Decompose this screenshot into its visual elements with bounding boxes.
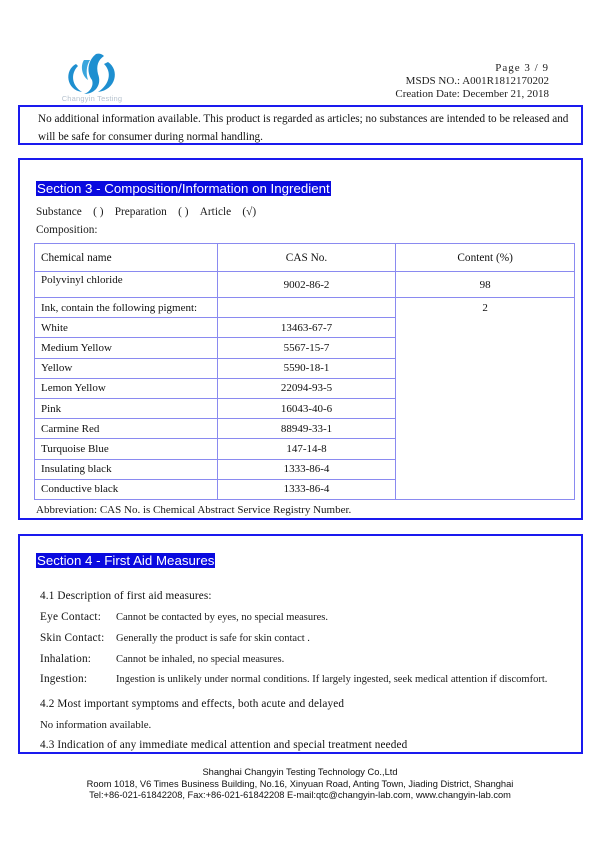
company-logo: Changyin Testing (56, 50, 128, 106)
header-content: Content (%) (396, 244, 575, 272)
cas-cell: 1333-86-4 (217, 459, 396, 479)
composition-label: Composition: (36, 224, 98, 236)
cas-cell: 1333-86-4 (217, 479, 396, 499)
additional-info-text: No additional information available. Thi… (38, 111, 573, 146)
chemical-name-cell: White (35, 318, 218, 338)
section3-box: Section 3 - Composition/Information on I… (18, 158, 583, 520)
creation-date: Creation Date: December 21, 2018 (395, 88, 549, 101)
table-row: Polyvinyl chloride 9002-86-2 98 (35, 272, 575, 298)
skin-contact-label: Skin Contact: (40, 632, 104, 644)
footer-address: Room 1018, V6 Times Business Building, N… (0, 779, 600, 791)
chemical-name-cell: Turquoise Blue (35, 439, 218, 459)
chemical-name-cell: Pink (35, 398, 218, 418)
cas-cell: 13463-67-7 (217, 318, 396, 338)
cas-cell: 147-14-8 (217, 439, 396, 459)
footer-company: Shanghai Changyin Testing Technology Co.… (0, 767, 600, 779)
chemical-name-cell: Ink, contain the following pigment: (35, 298, 218, 318)
section4-title: Section 4 - First Aid Measures (36, 553, 215, 568)
footer-contact: Tel:+86-021-61842208, Fax:+86-021-618422… (0, 790, 600, 802)
header-cas-no: CAS No. (217, 244, 396, 272)
cas-cell: 9002-86-2 (217, 272, 396, 298)
subsection-4-2-text: No information available. (40, 719, 151, 731)
inhalation-label: Inhalation: (40, 653, 91, 665)
chemical-name-cell: Lemon Yellow (35, 378, 218, 398)
inhalation-text: Cannot be inhaled, no special measures. (116, 654, 284, 665)
chemical-name-cell: Carmine Red (35, 419, 218, 439)
document-header-info: Page 3 / 9 MSDS NO.: A001R1812170202 Cre… (395, 62, 549, 101)
content-cell: 98 (396, 272, 575, 298)
section4-box: Section 4 - First Aid Measures 4.1 Descr… (18, 534, 583, 754)
subsection-4-1: 4.1 Description of first aid measures: (40, 590, 212, 602)
chemical-name-cell: Polyvinyl chloride (35, 272, 218, 298)
cas-cell: 5567-15-7 (217, 338, 396, 358)
page-footer: Shanghai Changyin Testing Technology Co.… (0, 767, 600, 802)
cas-cell: 88949-33-1 (217, 419, 396, 439)
product-type-line: Substance ( ) Preparation ( ) Article (√… (36, 203, 256, 219)
eye-contact-text: Cannot be contacted by eyes, no special … (116, 612, 328, 623)
content-cell: 2 (396, 298, 575, 500)
ingestion-label: Ingestion: (40, 673, 87, 685)
changyin-logo-icon (56, 50, 128, 96)
chemical-name-cell: Insulating black (35, 459, 218, 479)
chemical-name-cell: Medium Yellow (35, 338, 218, 358)
page-number: Page 3 / 9 (395, 62, 549, 75)
msds-number: MSDS NO.: A001R1812170202 (395, 75, 549, 88)
header-chemical-name: Chemical name (35, 244, 218, 272)
composition-table: Chemical name CAS No. Content (%) Polyvi… (34, 243, 575, 500)
table-row: Ink, contain the following pigment: 2 (35, 298, 575, 318)
section3-title: Section 3 - Composition/Information on I… (36, 181, 331, 196)
eye-contact-label: Eye Contact: (40, 611, 101, 623)
ingestion-text: Ingestion is unlikely under normal condi… (116, 674, 547, 685)
table-header-row: Chemical name CAS No. Content (%) (35, 244, 575, 272)
subsection-4-3: 4.3 Indication of any immediate medical … (40, 739, 407, 751)
chemical-name-cell: Conductive black (35, 479, 218, 499)
cas-cell: 16043-40-6 (217, 398, 396, 418)
chemical-name-cell: Yellow (35, 358, 218, 378)
section2-continuation-box: No additional information available. Thi… (18, 105, 583, 145)
abbreviation-note: Abbreviation: CAS No. is Chemical Abstra… (36, 504, 351, 516)
subsection-4-2: 4.2 Most important symptoms and effects,… (40, 698, 344, 710)
cas-cell (217, 298, 396, 318)
cas-cell: 5590-18-1 (217, 358, 396, 378)
skin-contact-text: Generally the product is safe for skin c… (116, 633, 310, 644)
cas-cell: 22094-93-5 (217, 378, 396, 398)
logo-text: Changyin Testing (56, 94, 128, 103)
